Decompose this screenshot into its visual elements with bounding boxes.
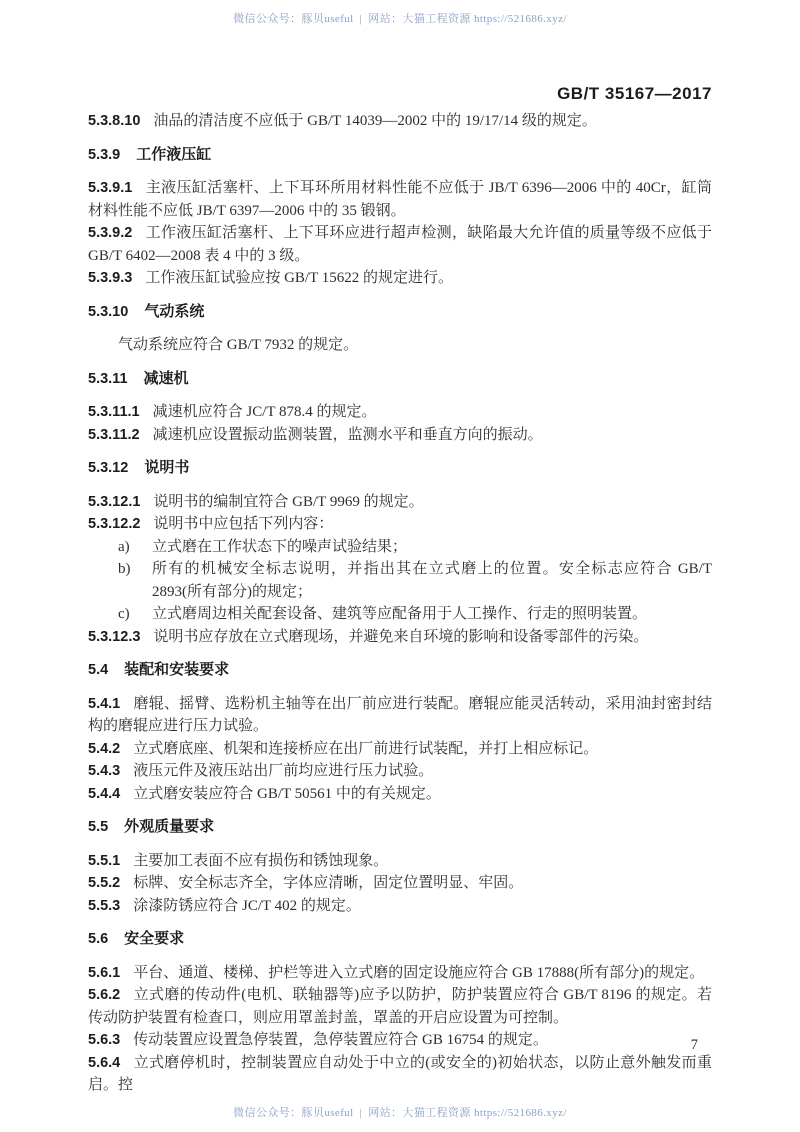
clause-text: 立式磨安装应符合 GB/T 50561 中的有关规定。 — [133, 786, 441, 802]
page-number: 7 — [691, 1037, 698, 1054]
clause-number: 5.3.10 — [88, 304, 128, 320]
clause-number: 5.3.11.2 — [88, 427, 140, 443]
document-body: 5.3.8.10油品的清洁度不应低于 GB/T 14039—2002 中的 19… — [88, 110, 712, 1097]
watermark-wechat-label: 微信公众号：豚贝useful — [233, 13, 353, 25]
clause-text: 减速机应符合 JC/T 878.4 的规定。 — [153, 404, 377, 420]
clause-heading-title: 工作液压缸 — [136, 146, 211, 163]
clause-heading-row: 5.3.9工作液压缸 — [88, 144, 712, 167]
clause-number: 5.4 — [88, 662, 108, 678]
clause-heading-title: 装配和安装要求 — [124, 661, 229, 678]
clause-row: 5.3.9.3工作液压缸试验应按 GB/T 15622 的规定进行。 — [88, 267, 712, 290]
clause-row: 5.6.2立式磨的传动件(电机、联轴器等)应予以防护，防护装置应符合 GB/T … — [88, 984, 712, 1029]
clause-number: 5.4.3 — [88, 763, 120, 779]
clause-number: 5.6 — [88, 931, 108, 947]
clause-row: 气动系统应符合 GB/T 7932 的规定。 — [88, 334, 712, 357]
clause-number: 5.5 — [88, 819, 108, 835]
watermark-url-link[interactable]: https://521686.xyz/ — [474, 1107, 567, 1119]
clause-row: 5.3.12.2说明书中应包括下列内容： — [88, 513, 712, 536]
clause-text: 立式磨周边相关配套设备、建筑等应配备用于人工操作、行走的照明装置。 — [152, 603, 712, 626]
watermark-top: 微信公众号：豚贝useful|网站：大猫工程资源 https://521686.… — [0, 10, 800, 26]
clause-text: 油品的清洁度不应低于 GB/T 14039—2002 中的 19/17/14 级… — [153, 113, 596, 129]
clause-row: c)立式磨周边相关配套设备、建筑等应配备用于人工操作、行走的照明装置。 — [118, 603, 712, 626]
clause-heading-row: 5.5外观质量要求 — [88, 816, 712, 839]
clause-text: 立式磨底座、机架和连接桥应在出厂前进行试装配，并打上相应标记。 — [133, 741, 598, 757]
clause-text: 说明书中应包括下列内容： — [153, 516, 333, 532]
clause-row: 5.6.4立式磨停机时，控制装置应自动处于中立的(或安全的)初始状态，以防止意外… — [88, 1052, 712, 1097]
document-page: 微信公众号：豚贝useful|网站：大猫工程资源 https://521686.… — [0, 0, 800, 1132]
clause-number: 5.5.2 — [88, 875, 120, 891]
clause-number: 5.3.12 — [88, 460, 128, 476]
clause-text: 涂漆防锈应符合 JC/T 402 的规定。 — [133, 898, 361, 914]
list-marker: b) — [118, 558, 152, 603]
clause-text: 标牌、安全标志齐全，字体应清晰，固定位置明显、牢固。 — [133, 875, 523, 891]
clause-heading-title: 减速机 — [144, 370, 189, 387]
clause-row: 5.3.9.1主液压缸活塞杆、上下耳环所用材料性能不应低于 JB/T 6396—… — [88, 177, 712, 222]
clause-number: 5.3.12.2 — [88, 516, 140, 532]
clause-number: 5.5.3 — [88, 898, 120, 914]
clause-heading-title: 说明书 — [144, 459, 189, 476]
clause-row: 5.3.8.10油品的清洁度不应低于 GB/T 14039—2002 中的 19… — [88, 110, 712, 133]
standard-number-header: GB/T 35167—2017 — [557, 84, 712, 104]
watermark-site-label: 网站：大猫工程资源 — [368, 13, 471, 25]
watermark-separator: | — [354, 1107, 369, 1119]
clause-text: 平台、通道、楼梯、护栏等进入立式磨的固定设施应符合 GB 17888(所有部分)… — [133, 965, 704, 981]
clause-heading-row: 5.3.11减速机 — [88, 368, 712, 391]
clause-row: 5.5.2标牌、安全标志齐全，字体应清晰，固定位置明显、牢固。 — [88, 872, 712, 895]
clause-heading-title: 气动系统 — [144, 303, 204, 320]
clause-row: 5.6.1平台、通道、楼梯、护栏等进入立式磨的固定设施应符合 GB 17888(… — [88, 962, 712, 985]
clause-row: 5.6.3传动装置应设置急停装置，急停装置应符合 GB 16754 的规定。 — [88, 1029, 712, 1052]
clause-row: 5.4.3液压元件及液压站出厂前均应进行压力试验。 — [88, 760, 712, 783]
clause-row: a)立式磨在工作状态下的噪声试验结果； — [118, 536, 712, 559]
clause-row: 5.5.3涂漆防锈应符合 JC/T 402 的规定。 — [88, 895, 712, 918]
list-marker: c) — [118, 603, 152, 626]
clause-number: 5.5.1 — [88, 853, 120, 869]
clause-heading-title: 外观质量要求 — [124, 818, 214, 835]
clause-number: 5.6.1 — [88, 965, 120, 981]
clause-text: 液压元件及液压站出厂前均应进行压力试验。 — [133, 763, 433, 779]
clause-heading-row: 5.3.10气动系统 — [88, 301, 712, 324]
clause-number: 5.4.2 — [88, 741, 120, 757]
clause-text: 说明书的编制宜符合 GB/T 9969 的规定。 — [153, 494, 423, 510]
clause-row: 5.3.11.2减速机应设置振动监测装置，监测水平和垂直方向的振动。 — [88, 424, 712, 447]
clause-text: 所有的机械安全标志说明，并指出其在立式磨上的位置。安全标志应符合 GB/T 28… — [152, 558, 712, 603]
clause-number: 5.6.4 — [88, 1055, 120, 1071]
clause-row: 5.4.1磨辊、摇臂、选粉机主轴等在出厂前应进行装配。磨辊应能灵活转动，采用油封… — [88, 693, 712, 738]
clause-text: 立式磨的传动件(电机、联轴器等)应予以防护，防护装置应符合 GB/T 8196 … — [88, 987, 712, 1026]
watermark-site-label: 网站：大猫工程资源 — [368, 1107, 471, 1119]
clause-number: 5.3.12.3 — [88, 629, 140, 645]
clause-number: 5.4.1 — [88, 696, 120, 712]
clause-row: 5.3.12.1说明书的编制宜符合 GB/T 9969 的规定。 — [88, 491, 712, 514]
clause-text: 立式磨停机时，控制装置应自动处于中立的(或安全的)初始状态，以防止意外触发而重启… — [88, 1055, 712, 1094]
clause-row: 5.5.1主要加工表面不应有损伤和锈蚀现象。 — [88, 850, 712, 873]
watermark-url-link[interactable]: https://521686.xyz/ — [474, 13, 567, 25]
clause-heading-title: 安全要求 — [124, 930, 184, 947]
clause-row: b)所有的机械安全标志说明，并指出其在立式磨上的位置。安全标志应符合 GB/T … — [118, 558, 712, 603]
clause-number: 5.3.9 — [88, 147, 120, 163]
clause-number: 5.3.8.10 — [88, 113, 140, 129]
clause-heading-row: 5.4装配和安装要求 — [88, 659, 712, 682]
watermark-wechat-label: 微信公众号：豚贝useful — [233, 1107, 353, 1119]
list-marker: a) — [118, 536, 152, 559]
clause-row: 5.4.2立式磨底座、机架和连接桥应在出厂前进行试装配，并打上相应标记。 — [88, 738, 712, 761]
clause-row: 5.3.11.1减速机应符合 JC/T 878.4 的规定。 — [88, 401, 712, 424]
clause-heading-row: 5.3.12说明书 — [88, 457, 712, 480]
clause-text: 减速机应设置振动监测装置，监测水平和垂直方向的振动。 — [153, 427, 543, 443]
clause-heading-row: 5.6安全要求 — [88, 928, 712, 951]
clause-number: 5.6.2 — [88, 987, 120, 1003]
clause-text: 立式磨在工作状态下的噪声试验结果； — [152, 536, 712, 559]
clause-text: 磨辊、摇臂、选粉机主轴等在出厂前应进行装配。磨辊应能灵活转动，采用油封密封结构的… — [88, 696, 712, 735]
clause-text: 气动系统应符合 GB/T 7932 的规定。 — [118, 337, 358, 353]
clause-number: 5.3.12.1 — [88, 494, 140, 510]
clause-text: 传动装置应设置急停装置，急停装置应符合 GB 16754 的规定。 — [133, 1032, 548, 1048]
watermark-bottom: 微信公众号：豚贝useful|网站：大猫工程资源 https://521686.… — [0, 1104, 800, 1120]
clause-text: 主要加工表面不应有损伤和锈蚀现象。 — [133, 853, 388, 869]
clause-row: 5.3.12.3说明书应存放在立式磨现场，并避免来自环境的影响和设备零部件的污染… — [88, 626, 712, 649]
clause-number: 5.3.9.2 — [88, 225, 132, 241]
clause-row: 5.3.9.2工作液压缸活塞杆、上下耳环应进行超声检测，缺陷最大允许值的质量等级… — [88, 222, 712, 267]
clause-text: 工作液压缸活塞杆、上下耳环应进行超声检测，缺陷最大允许值的质量等级不应低于 GB… — [88, 225, 712, 264]
clause-number: 5.6.3 — [88, 1032, 120, 1048]
clause-number: 5.3.9.3 — [88, 270, 132, 286]
clause-text: 工作液压缸试验应按 GB/T 15622 的规定进行。 — [145, 270, 453, 286]
clause-number: 5.3.9.1 — [88, 180, 132, 196]
clause-text: 说明书应存放在立式磨现场，并避免来自环境的影响和设备零部件的污染。 — [153, 629, 648, 645]
clause-number: 5.3.11 — [88, 371, 128, 387]
clause-text: 主液压缸活塞杆、上下耳环所用材料性能不应低于 JB/T 6396—2006 中的… — [88, 180, 712, 219]
watermark-separator: | — [354, 13, 369, 25]
clause-number: 5.4.4 — [88, 786, 120, 802]
clause-row: 5.4.4立式磨安装应符合 GB/T 50561 中的有关规定。 — [88, 783, 712, 806]
clause-number: 5.3.11.1 — [88, 404, 140, 420]
